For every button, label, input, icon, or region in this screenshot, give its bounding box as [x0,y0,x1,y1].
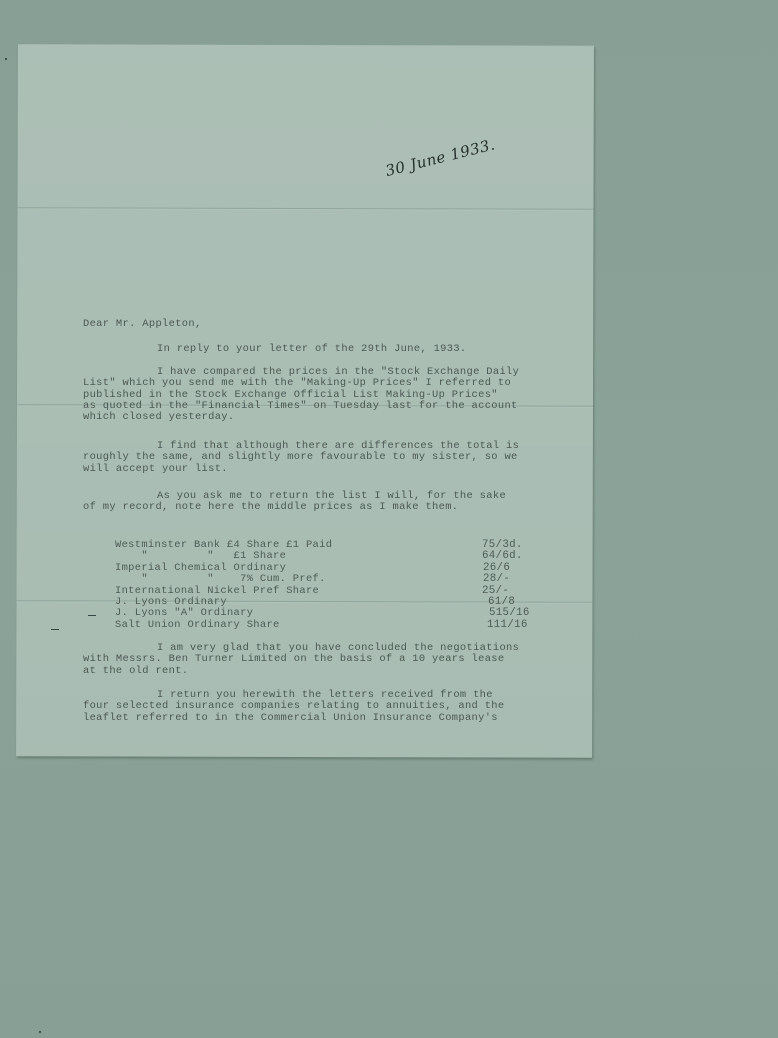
holding-row: Imperial Chemical Ordinary 26/6 [115,562,575,573]
holding-name: J. Lyons "A" Ordinary [115,607,253,619]
paragraph-acceptance: I find that although there are differenc… [83,441,519,475]
holding-row: J. Lyons "A" Ordinary 515/16 [115,607,575,618]
holding-name: J. Lyons Ordinary [115,596,227,608]
fold-line [18,207,594,210]
dust-speck [39,1031,41,1033]
paragraph-line: I return you herewith the letters receiv… [157,689,493,701]
paragraph-line: as quoted in the "Financial Times" on Tu… [83,400,518,412]
paragraph-line: In reply to your letter of the 29th June… [157,343,467,355]
paragraph-line: with Messrs. Ben Turner Limited on the b… [83,653,504,665]
holding-row: " " 7% Cum. Pref. 28/- [115,573,575,584]
paragraph-line: published in the Stock Exchange Official… [83,389,498,401]
holding-price: 111/16 [487,619,528,631]
dust-speck [5,58,7,60]
holding-name: Westminster Bank £4 Share £1 Paid [115,539,332,551]
holding-row: " " £1 Share 64/6d. [115,550,575,561]
holding-name: Salt Union Ordinary Share [115,619,280,631]
holding-price: 25/- [482,585,509,597]
paragraph-line: I find that although there are differenc… [157,440,519,452]
paragraph-line: leaflet referred to in the Commercial Un… [83,712,498,724]
holding-name: " " £1 Share [115,550,286,562]
holdings-price-list: Westminster Bank £4 Share £1 Paid 75/3d.… [115,539,575,630]
holding-row: International Nickel Pref Share 25/- [115,585,575,596]
holding-name: Imperial Chemical Ordinary [115,562,286,574]
pencil-tick-mark [88,615,96,616]
holding-price: 64/6d. [482,550,523,562]
paragraph-line: which closed yesterday. [83,411,234,423]
paragraph-line: I have compared the prices in the "Stock… [157,366,519,378]
paragraph-line: List" which you send me with the "Making… [83,377,511,389]
holding-row: Westminster Bank £4 Share £1 Paid 75/3d. [115,539,575,550]
holding-name: International Nickel Pref Share [115,585,319,597]
holding-price: 515/16 [489,607,530,619]
paragraph-return-list: As you ask me to return the list I will,… [83,491,506,514]
pencil-tick-mark [51,629,59,630]
holding-row: Salt Union Ordinary Share 111/16 [115,619,575,630]
paragraph-line: will accept your list. [83,463,228,475]
salutation: Dear Mr. Appleton, [83,319,202,330]
paragraph-line: of my record, note here the middle price… [83,501,458,513]
holding-row: J. Lyons Ordinary 61/8 [115,596,575,607]
paragraph-line: at the old rent. [83,665,188,677]
paragraph-annuities: I return you herewith the letters receiv… [83,690,504,724]
paragraph-line: As you ask me to return the list I will,… [157,490,506,502]
holding-price: 28/- [483,573,510,585]
paragraph-lease: I am very glad that you have concluded t… [83,643,519,677]
paragraph-line: I am very glad that you have concluded t… [157,642,519,654]
paragraph-reply: In reply to your letter of the 29th June… [83,344,467,355]
holding-price: 26/6 [483,562,510,574]
paragraph-line: roughly the same, and slightly more favo… [83,451,518,463]
holding-price: 61/8 [488,596,515,608]
paragraph-line: four selected insurance companies relati… [83,700,504,712]
holding-price: 75/3d. [482,539,523,551]
holding-name: " " 7% Cum. Pref. [115,573,326,585]
paragraph-comparison: I have compared the prices in the "Stock… [83,367,519,423]
